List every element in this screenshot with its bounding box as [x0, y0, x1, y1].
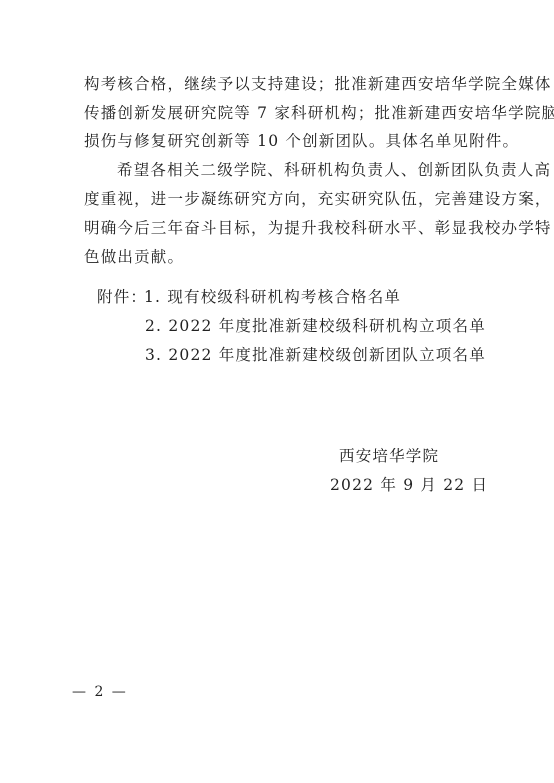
attachment-item-1: 1. 现有校级科研机构考核合格名单 — [144, 287, 401, 307]
signature-organization: 西安培华学院 — [339, 446, 439, 466]
document-page: 构考核合格，继续予以支持建设；批准新建西安培华学院全媒体 传播创新发展研究院等 … — [0, 0, 554, 783]
signature-date: 2022 年 9 月 22 日 — [330, 475, 488, 495]
page-number: — 2 — — [72, 684, 128, 700]
paragraph2-line-3: 明确今后三年奋斗目标，为提升我校科研水平、彰显我校办学特 — [84, 218, 552, 238]
attachment-item-3: 3. 2022 年度批准新建校级创新团队立项名单 — [145, 345, 486, 365]
paragraph1-line-3: 损伤与修复研究创新等 10 个创新团队。具体名单见附件。 — [84, 131, 519, 151]
attachments-label: 附件： — [97, 287, 147, 307]
attachment-item-2: 2. 2022 年度批准新建校级科研机构立项名单 — [145, 316, 486, 336]
paragraph2-line-4: 色做出贡献。 — [84, 247, 184, 267]
paragraph2-line-1: 希望各相关二级学院、科研机构负责人、创新团队负责人高 — [117, 160, 551, 180]
paragraph1-line-1: 构考核合格，继续予以支持建设；批准新建西安培华学院全媒体 — [84, 74, 552, 94]
paragraph1-line-2: 传播创新发展研究院等 7 家科研机构；批准新建西安培华学院脑 — [84, 103, 554, 123]
paragraph2-line-2: 度重视，进一步凝练研究方向，充实研究队伍，完善建设方案， — [84, 189, 552, 209]
